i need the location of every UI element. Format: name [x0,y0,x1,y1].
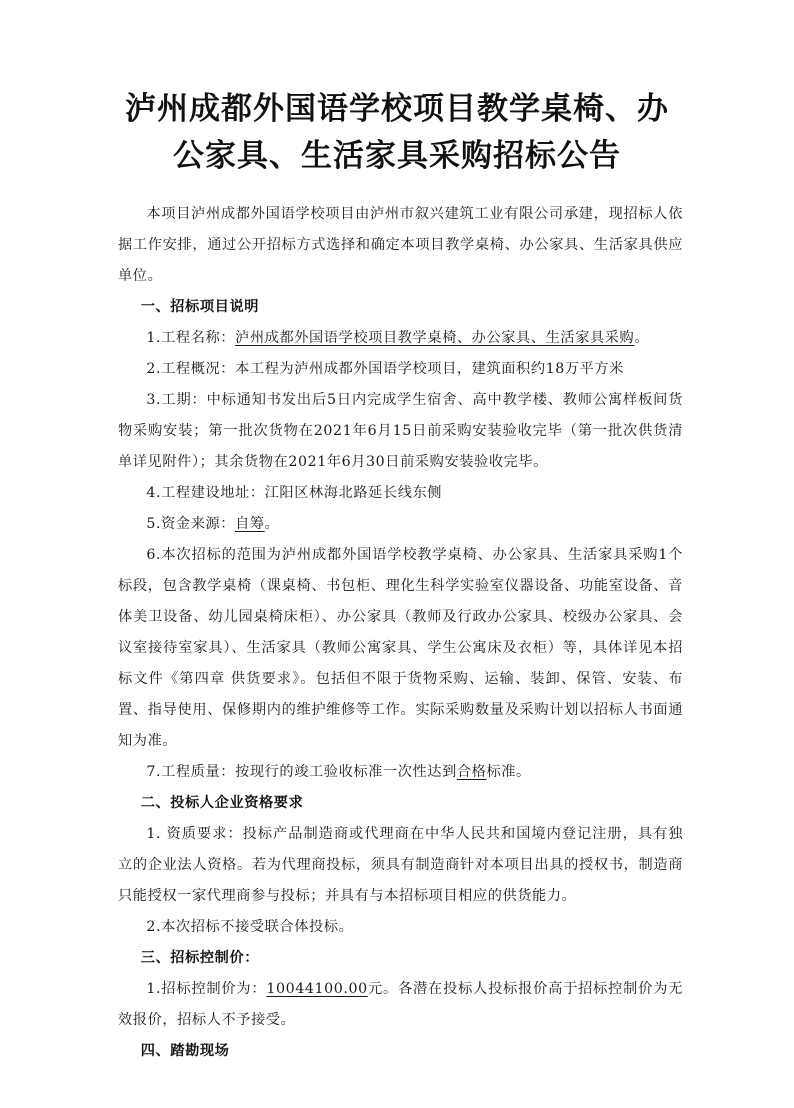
item-label: 7.工程质量：按现行的竣工验收标准一次性达到 [146,764,457,780]
item-label: 5.资金来源： [146,516,235,532]
item-label: 1.招标控制价为： [146,981,266,997]
item-scope: 6.本次招标的范围为泸州成都外国语学校教学桌椅、办公家具、生活家具采购1个标段，… [118,540,683,757]
document-title: 泸州成都外国语学校项目教学桌椅、办公家具、生活家具采购招标公告 [110,86,684,180]
item-project-overview: 2.工程概况：本工程为泸州成都外国语学校项目，建筑面积约18万平方米 [118,354,683,385]
item-suffix: 。 [634,330,649,346]
document-body: 本项目泸州成都外国语学校项目由泸州市叙兴建筑工业有限公司承建，现招标人依据工作安… [118,199,683,1067]
section-heading-2: 二、投标人企业资格要求 [118,788,683,819]
item-suffix: 标准。 [486,764,530,780]
document-page: 泸州成都外国语学校项目教学桌椅、办公家具、生活家具采购招标公告 本项目泸州成都外… [0,0,794,1108]
funding-value: 自筹 [235,516,265,532]
control-price-value: 10044100.00 [266,981,367,997]
section-heading-4: 四、踏勘现场 [118,1036,683,1067]
item-qualification: 1. 资质要求：投标产品制造商或代理商在中华人民共和国境内登记注册，具有独立的企… [118,819,683,912]
item-suffix: 。 [265,516,280,532]
item-control-price: 1.招标控制价为：10044100.00元。各潜在投标人投标报价高于招标控制价为… [118,974,683,1036]
quality-value: 合格 [457,764,487,780]
item-project-name: 1.工程名称：泸州成都外国语学校项目教学桌椅、办公家具、生活家具采购。 [118,323,683,354]
section-heading-1: 一、招标项目说明 [118,292,683,323]
section-heading-3: 三、招标控制价： [118,943,683,974]
item-address: 4.工程建设地址：江阳区林海北路延长线东侧 [118,478,683,509]
intro-paragraph: 本项目泸州成都外国语学校项目由泸州市叙兴建筑工业有限公司承建，现招标人依据工作安… [118,199,683,292]
project-name-value: 泸州成都外国语学校项目教学桌椅、办公家具、生活家具采购 [235,330,634,346]
item-funding: 5.资金来源：自筹。 [118,509,683,540]
item-quality: 7.工程质量：按现行的竣工验收标准一次性达到合格标准。 [118,757,683,788]
item-schedule: 3.工期：中标通知书发出后5日内完成学生宿舍、高中教学楼、教师公寓样板间货物采购… [118,385,683,478]
item-label: 1.工程名称： [146,330,235,346]
item-no-consortium: 2.本次招标不接受联合体投标。 [118,912,683,943]
